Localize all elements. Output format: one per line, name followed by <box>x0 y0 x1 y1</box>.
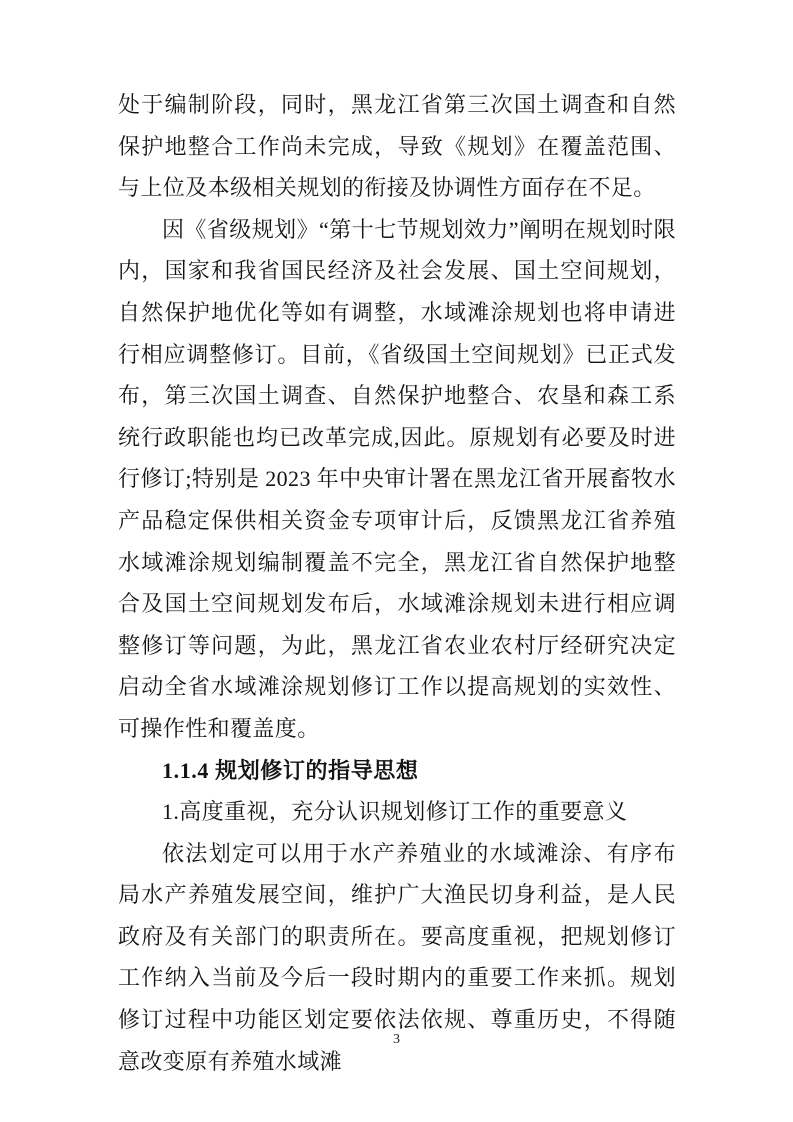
section-heading: 1.1.4 规划修订的指导思想 <box>118 750 676 792</box>
page-footer: 3 <box>0 1030 793 1048</box>
body-paragraph: 处于编制阶段，同时，黑龙江省第三次国土调查和自然保护地整合工作尚未完成，导致《规… <box>118 84 676 209</box>
document-page: 处于编制阶段，同时，黑龙江省第三次国土调查和自然保护地整合工作尚未完成，导致《规… <box>0 0 793 1122</box>
body-paragraph: 因《省级规划》“第十七节规划效力”阐明在规划时限内，国家和我省国民经济及社会发展… <box>118 209 676 750</box>
page-number: 3 <box>393 1032 400 1047</box>
body-paragraph: 1.高度重视，充分认识规划修订工作的重要意义 <box>118 791 676 833</box>
document-content: 处于编制阶段，同时，黑龙江省第三次国土调查和自然保护地整合工作尚未完成，导致《规… <box>118 84 676 1082</box>
